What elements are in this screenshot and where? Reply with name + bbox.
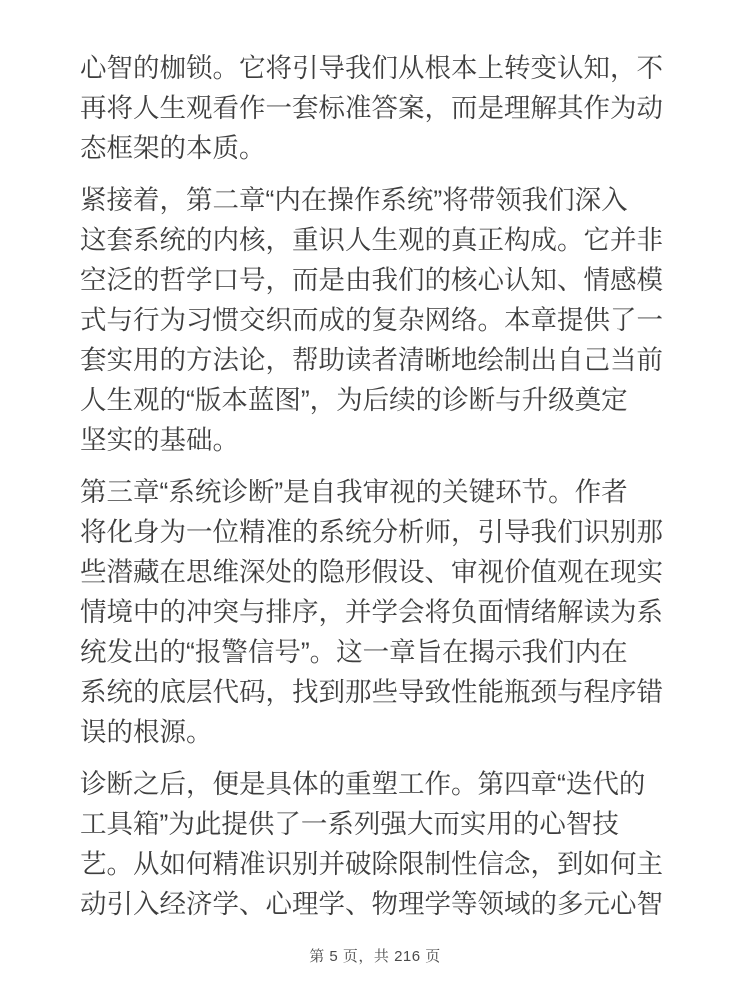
paragraph-2: 紧接着，第二章“内在操作系统”将带领我们深入 这套系统的内核，重识人生观的真正构… (80, 180, 680, 460)
paragraph-3: 第三章“系统诊断”是自我审视的关键环节。作者 将化身为一位精准的系统分析师，引导… (80, 472, 680, 752)
page-footer: 第 5 页，共 216 页 (0, 948, 750, 966)
page-number-label: 第 5 页，共 216 页 (309, 948, 441, 965)
paragraph-4: 诊断之后，便是具体的重塑工作。第四章“迭代的 工具箱”为此提供了一系列强大而实用… (80, 764, 680, 924)
document-page: 心智的枷锁。它将引导我们从根本上转变认知，不 再将人生观看作一套标准答案，而是理… (0, 0, 750, 1000)
paragraph-1: 心智的枷锁。它将引导我们从根本上转变认知，不 再将人生观看作一套标准答案，而是理… (80, 48, 680, 168)
page-body-text: 心智的枷锁。它将引导我们从根本上转变认知，不 再将人生观看作一套标准答案，而是理… (80, 48, 680, 936)
